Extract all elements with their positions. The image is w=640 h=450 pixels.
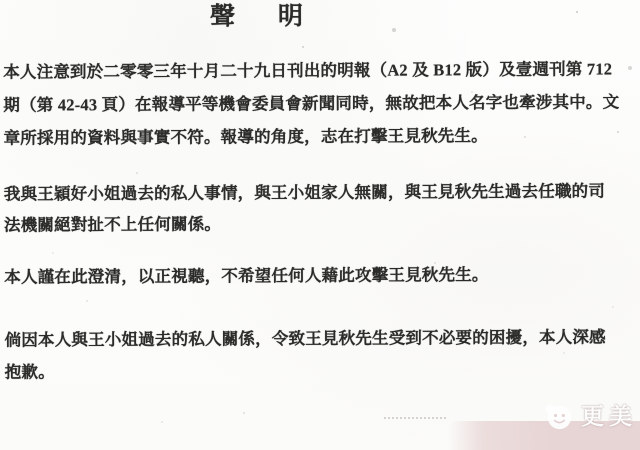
gengmei-watermark: 更美 [543,401,637,432]
scanned-statement-page: 聲 明 本人注意到於二零零三年十月二十九日刊出的明報（A2 及 B12 版）及壹… [0,0,640,450]
statement-paragraph: 本人注意到於二零零三年十月二十九日刊出的明報（A2 及 B12 版）及壹週刊第 … [3,52,638,154]
scan-streak [384,417,446,421]
statement-paragraph: 倘因本人與王小姐過去的私人關係，令致王見秋先生受到不必要的困擾，本人深感 抱歉。 [5,321,639,388]
gengmei-face-icon [543,401,574,432]
statement-text-layer: 聲 明 本人注意到於二零零三年十月二十九日刊出的明報（A2 及 B12 版）及壹… [0,0,640,450]
watermark-label: 更美 [581,401,637,432]
statement-paragraph: 本人謹在此澄清，以正視聽，不希望任何人藉此攻擊王見秋先生。 [4,257,638,293]
statement-title: 聲 明 [210,0,312,35]
statement-paragraph: 我與王穎好小姐過去的私人事情，與王小姐家人無關，與王見秋先生過去任職的司 法機關… [4,175,638,240]
